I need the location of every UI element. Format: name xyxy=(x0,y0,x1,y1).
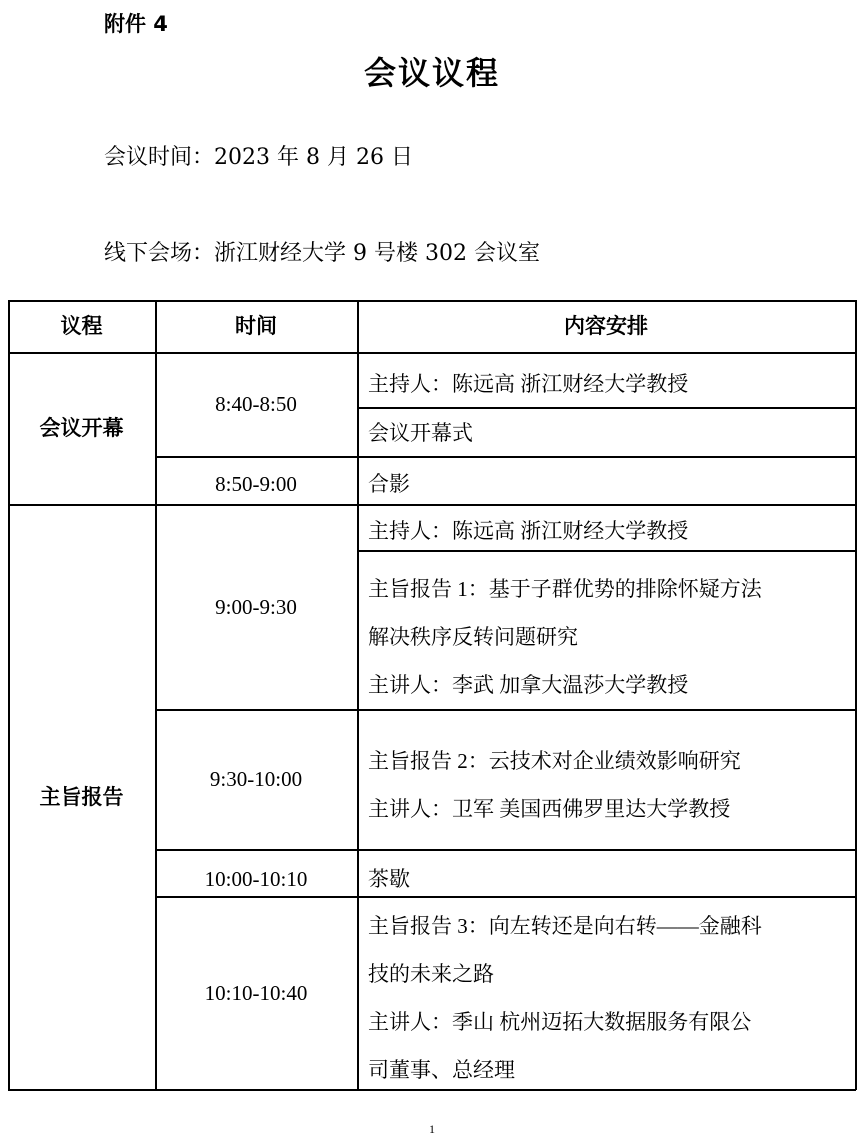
content-line: 主旨报告 3：向左转还是向右转——金融科 xyxy=(368,902,855,950)
content-line: 司董事、总经理 xyxy=(368,1046,855,1094)
time-cell: 9:00-9:30 xyxy=(155,504,357,709)
section-name: 主旨报告 xyxy=(8,504,155,1089)
content-cell: 会议开幕式 xyxy=(357,410,855,456)
content-line: 主讲人：卫军 美国西佛罗里达大学教授 xyxy=(368,785,855,833)
page-number: 1 xyxy=(0,1122,864,1137)
meeting-venue: 线下会场：浙江财经大学 9 号楼 302 会议室 xyxy=(104,236,540,267)
content-cell: 主旨报告 3：向左转还是向右转——金融科 技的未来之路 主讲人：季山 杭州迈拓大… xyxy=(357,902,855,1094)
content-line: 主旨报告 1：基于子群优势的排除怀疑方法 xyxy=(368,565,855,613)
time-cell: 8:40-8:50 xyxy=(155,352,357,456)
column-header-time: 时间 xyxy=(155,300,357,352)
content-line: 技的未来之路 xyxy=(368,950,855,998)
content-line: 主讲人：季山 杭州迈拓大数据服务有限公 xyxy=(368,998,855,1046)
content-line: 解决秩序反转问题研究 xyxy=(368,613,855,661)
time-cell: 10:10-10:40 xyxy=(155,896,357,1089)
content-cell: 主持人：陈远高 浙江财经大学教授 xyxy=(357,508,855,554)
content-cell: 主持人：陈远高 浙江财经大学教授 xyxy=(357,360,855,407)
section-name: 会议开幕 xyxy=(8,352,155,504)
page-title: 会议议程 xyxy=(0,48,864,94)
content-cell: 茶歇 xyxy=(357,855,855,903)
time-cell: 9:30-10:00 xyxy=(155,709,357,849)
content-cell: 主旨报告 2：云技术对企业绩效影响研究 主讲人：卫军 美国西佛罗里达大学教授 xyxy=(357,737,855,833)
table-border-right xyxy=(855,300,857,1090)
content-line: 主讲人：李武 加拿大温莎大学教授 xyxy=(368,661,855,709)
row-divider xyxy=(155,849,856,851)
content-line: 主旨报告 2：云技术对企业绩效影响研究 xyxy=(368,737,855,785)
attachment-label: 附件 4 xyxy=(104,8,168,38)
column-header-agenda: 议程 xyxy=(8,300,155,352)
column-header-content: 内容安排 xyxy=(357,300,855,352)
content-cell: 合影 xyxy=(357,460,855,508)
content-cell: 主旨报告 1：基于子群优势的排除怀疑方法 解决秩序反转问题研究 主讲人：李武 加… xyxy=(357,565,855,709)
row-divider xyxy=(155,456,856,458)
time-cell: 8:50-9:00 xyxy=(155,460,357,508)
meeting-date: 会议时间：2023 年 8 月 26 日 xyxy=(104,140,413,171)
